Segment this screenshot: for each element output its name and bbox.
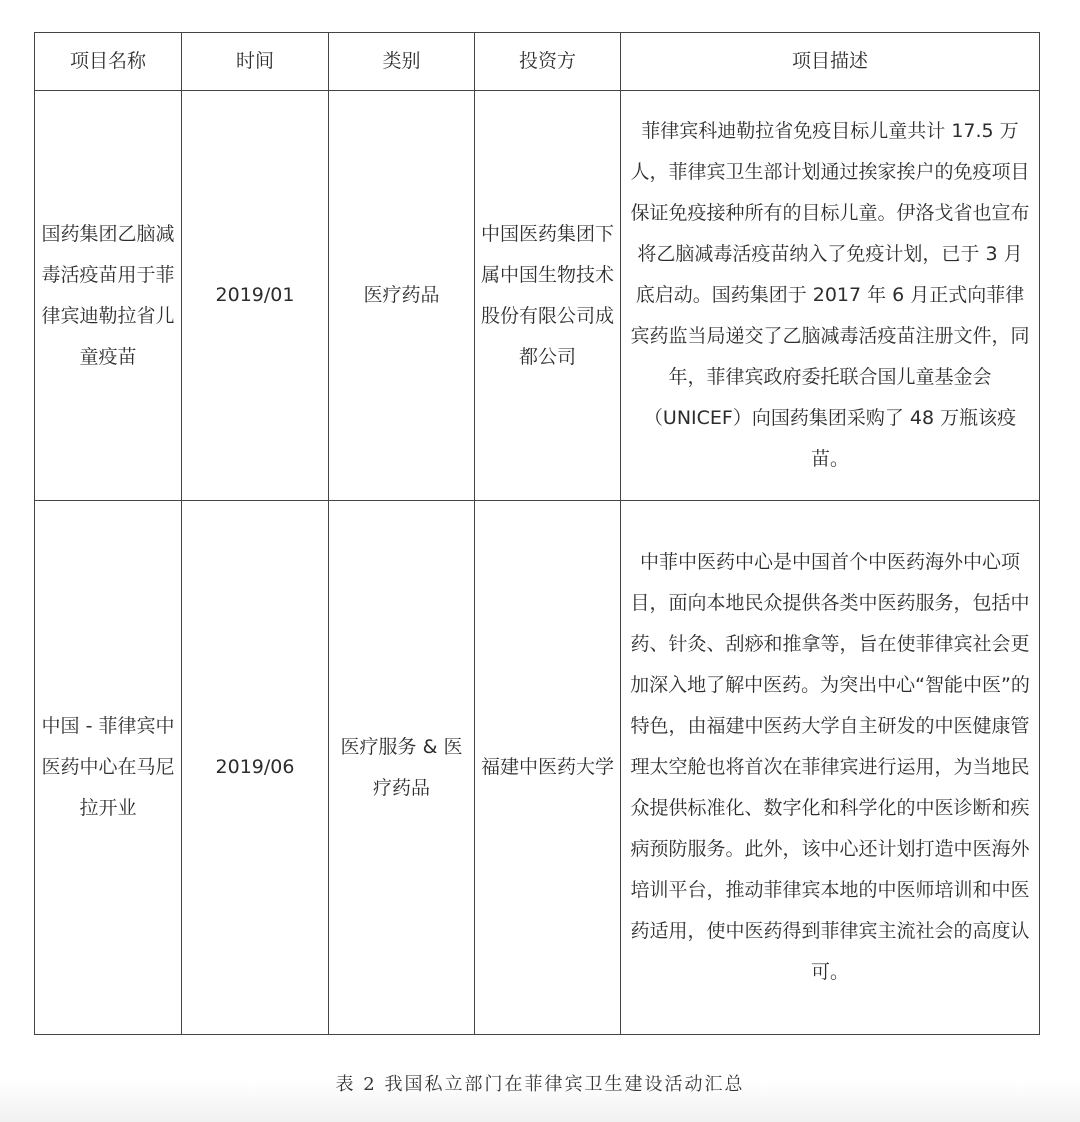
header-time: 时间 bbox=[182, 33, 329, 91]
cell-project-name: 国药集团乙脑减毒活疫苗用于菲律宾迪勒拉省儿童疫苗 bbox=[35, 91, 182, 501]
table-row: 国药集团乙脑减毒活疫苗用于菲律宾迪勒拉省儿童疫苗 2019/01 医疗药品 中国… bbox=[35, 91, 1040, 501]
header-investor: 投资方 bbox=[475, 33, 621, 91]
cell-time: 2019/06 bbox=[182, 501, 329, 1035]
table-row: 中国 - 菲律宾中医药中心在马尼拉开业 2019/06 医疗服务 & 医疗药品 … bbox=[35, 501, 1040, 1035]
summary-table: 项目名称 时间 类别 投资方 项目描述 国药集团乙脑减毒活疫苗用于菲律宾迪勒拉省… bbox=[34, 32, 1040, 1035]
cell-category: 医疗服务 & 医疗药品 bbox=[329, 501, 475, 1035]
header-category: 类别 bbox=[329, 33, 475, 91]
cell-investor: 福建中医药大学 bbox=[475, 501, 621, 1035]
cell-description: 菲律宾科迪勒拉省免疫目标儿童共计 17.5 万人，菲律宾卫生部计划通过挨家挨户的… bbox=[621, 91, 1040, 501]
cell-time: 2019/01 bbox=[182, 91, 329, 501]
cell-description: 中菲中医药中心是中国首个中医药海外中心项目，面向本地民众提供各类中医药服务，包括… bbox=[621, 501, 1040, 1035]
cell-category: 医疗药品 bbox=[329, 91, 475, 501]
cell-project-name: 中国 - 菲律宾中医药中心在马尼拉开业 bbox=[35, 501, 182, 1035]
header-description: 项目描述 bbox=[621, 33, 1040, 91]
table-caption: 表 2 我国私立部门在菲律宾卫生建设活动汇总 bbox=[0, 1070, 1080, 1096]
header-project-name: 项目名称 bbox=[35, 33, 182, 91]
table-header-row: 项目名称 时间 类别 投资方 项目描述 bbox=[35, 33, 1040, 91]
cell-investor: 中国医药集团下属中国生物技术股份有限公司成都公司 bbox=[475, 91, 621, 501]
document-page: 项目名称 时间 类别 投资方 项目描述 国药集团乙脑减毒活疫苗用于菲律宾迪勒拉省… bbox=[0, 0, 1080, 1122]
